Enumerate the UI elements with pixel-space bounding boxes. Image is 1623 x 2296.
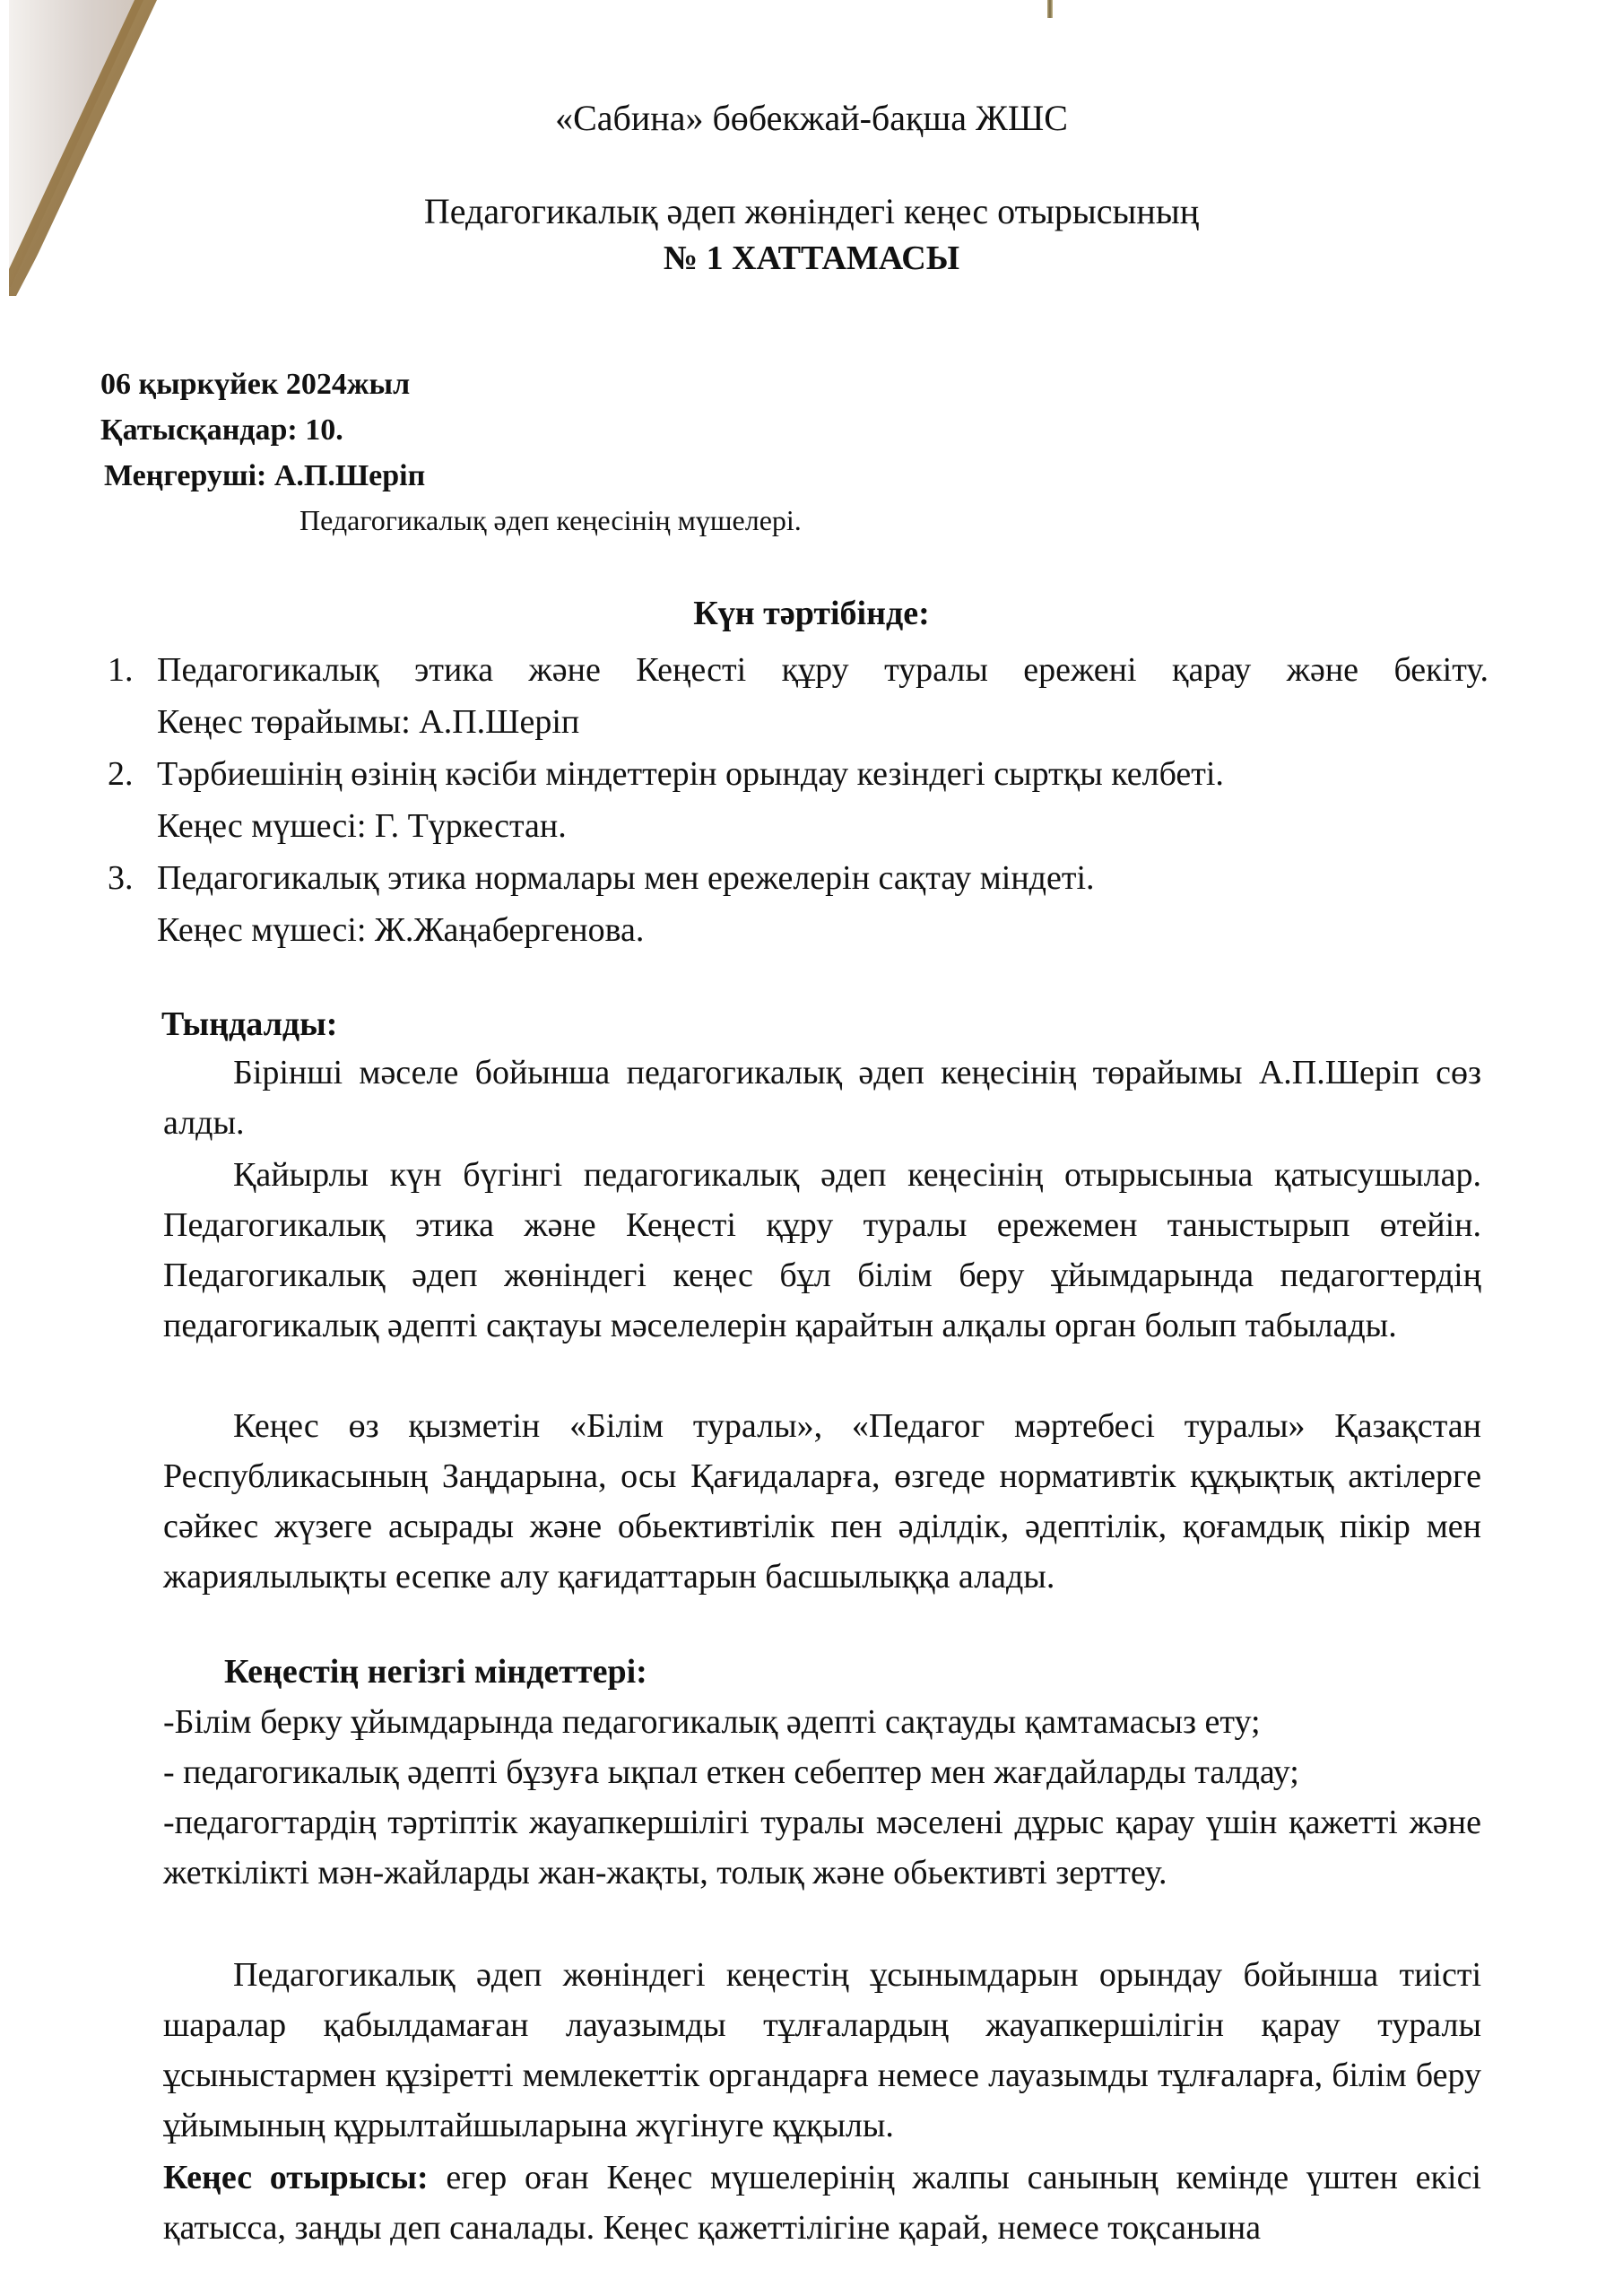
agenda-list: 1. Педагогикалық этика және Кеңесті құру… — [108, 644, 1488, 956]
paragraph: Бірінші мәселе бойынша педагогикалық әде… — [163, 1048, 1481, 1148]
participants-count: Қатысқандар: 10. — [100, 413, 343, 448]
agenda-item-number: 2. — [108, 748, 134, 800]
agenda-item: 1. Педагогикалық этика және Кеңесті құру… — [108, 644, 1488, 748]
paper-clip-mark — [1047, 0, 1053, 18]
document-number: № 1 ХАТТАМАСЫ — [0, 239, 1623, 278]
paragraph-text: Қайырлы күн бүгінгі педагогикалық әдеп к… — [163, 1156, 1481, 1344]
task-item: -Білім берку ұйымдарында педагогикалық ә… — [163, 1697, 1481, 1747]
paragraph-text: Бірінші мәселе бойынша педагогикалық әде… — [163, 1054, 1481, 1142]
task-item: - педагогикалық әдепті бұзуға ықпал етке… — [163, 1747, 1481, 1797]
session-label: Кеңес отырысы: — [163, 2159, 429, 2196]
agenda-item-speaker: Кеңес мүшесі: Ж.Жаңабергенова. — [157, 904, 1488, 956]
paragraph: Кеңес өз қызметін «Білім туралы», «Педаг… — [163, 1401, 1481, 1602]
agenda-item-number: 3. — [108, 852, 134, 904]
agenda-item-speaker: Кеңес төрайымы: А.П.Шеріп — [157, 696, 1488, 748]
heard-heading: Тыңдалды: — [161, 1004, 337, 1044]
task-item: -педагогтардің тәртіптік жауапкершілігі … — [163, 1797, 1481, 1898]
paragraph-text: Кеңес өз қызметін «Білім туралы», «Педаг… — [163, 1407, 1481, 1596]
agenda-item-speaker: Кеңес мүшесі: Г. Түркестан. — [157, 800, 1488, 852]
paragraph-text: Педагогикалық әдеп жөніндегі кеңестің ұс… — [163, 1956, 1481, 2144]
document-subtitle: Педагогикалық әдеп жөніндегі кеңес отыры… — [0, 190, 1623, 232]
agenda-item-number: 1. — [108, 644, 134, 696]
document-page: «Сабина» бөбекжай-бақша ЖШС Педагогикалы… — [0, 0, 1623, 2296]
tasks-list: -Білім берку ұйымдарында педагогикалық ә… — [163, 1697, 1481, 1898]
organization-name: «Сабина» бөбекжай-бақша ЖШС — [0, 97, 1623, 139]
agenda-title: Күн тәртібінде: — [0, 594, 1623, 633]
agenda-item: 3. Педагогикалық этика нормалары мен ере… — [108, 852, 1488, 956]
paragraph: Педагогикалық әдеп жөніндегі кеңестің ұс… — [163, 1950, 1481, 2151]
agenda-item-text: Тәрбиешінің өзінің кәсіби міндеттерін ор… — [157, 748, 1488, 800]
paragraph: Қайырлы күн бүгінгі педагогикалық әдеп к… — [163, 1150, 1481, 1351]
session-paragraph: Кеңес отырысы: егер оған Кеңес мүшелерін… — [163, 2152, 1481, 2253]
agenda-item-text: Педагогикалық этика және Кеңесті құру ту… — [157, 644, 1488, 696]
agenda-item: 2. Тәрбиешінің өзінің кәсіби міндеттерін… — [108, 748, 1488, 852]
meeting-date: 06 қыркүйек 2024жыл — [100, 368, 410, 402]
tasks-heading: Кеңестің негізгі міндеттері: — [224, 1652, 647, 1692]
agenda-item-text: Педагогикалық этика нормалары мен ережел… — [157, 852, 1488, 904]
head-name: Меңгеруші: А.П.Шеріп — [104, 459, 425, 493]
council-members: Педагогикалық әдеп кеңесінің мүшелері. — [299, 504, 802, 537]
